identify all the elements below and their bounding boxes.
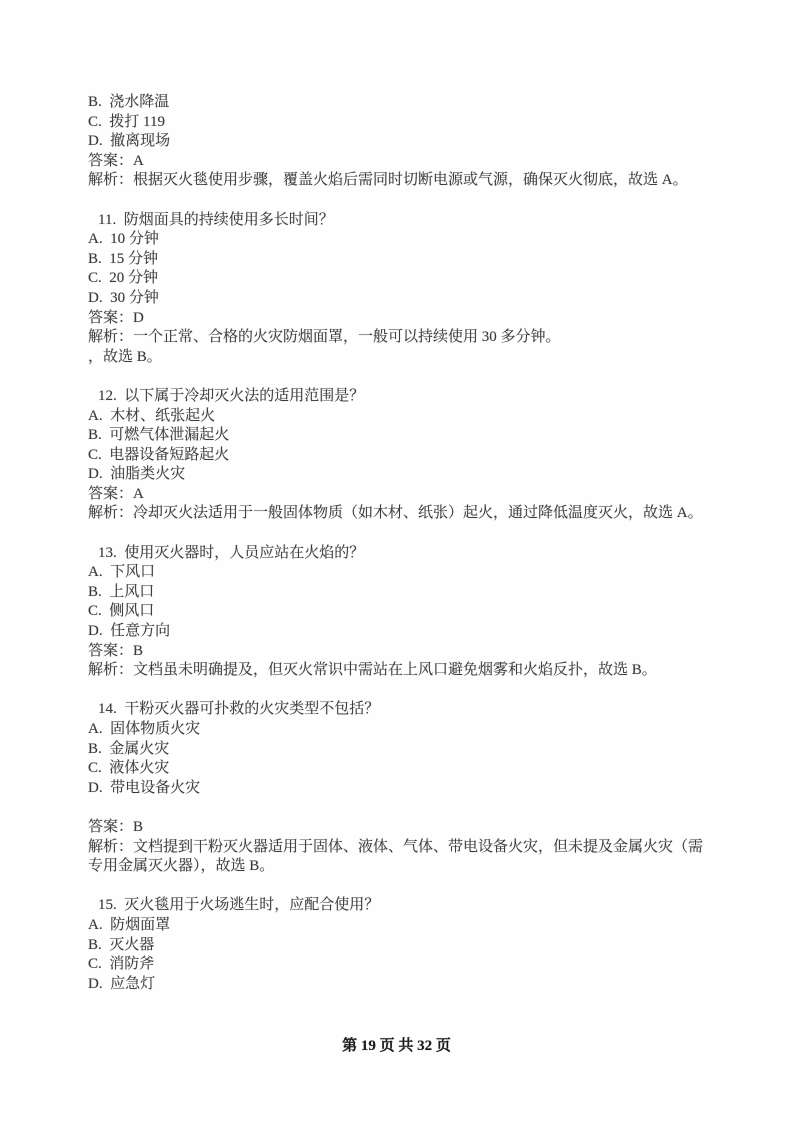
answer-line: 答案：A <box>88 485 710 505</box>
option-line: C. 拨打 119 <box>88 113 710 133</box>
option-line: B. 15 分钟 <box>88 250 710 270</box>
analysis-line: 解析：一个正常、合格的火灾防烟面罩，一般可以持续使用 30 多分钟。 <box>88 328 710 348</box>
option-line: C. 20 分钟 <box>88 269 710 289</box>
option-line: D. 应急灯 <box>88 975 710 995</box>
answer-line: 答案：B <box>88 818 710 838</box>
option-line: D. 30 分钟 <box>88 289 710 309</box>
option-line: D. 任意方向 <box>88 622 710 642</box>
option-line: C. 消防斧 <box>88 955 710 975</box>
option-line: C. 侧风口 <box>88 602 710 622</box>
option-line: D. 撤离现场 <box>88 132 710 152</box>
question-block-15: 15. 灭火毯用于火场逃生时，应配合使用？ A. 防烟面罩 B. 灭火器 C. … <box>88 896 710 994</box>
analysis-line: 解析：冷却灭火法适用于一般固体物质（如木材、纸张）起火，通过降低温度灭火，故选 … <box>88 504 710 524</box>
question-block-14: 14. 干粉灭火器可扑救的火灾类型不包括？ A. 固体物质火灾 B. 金属火灾 … <box>88 700 710 876</box>
analysis-line: ，故选 B。 <box>88 348 710 368</box>
question-line: 15. 灭火毯用于火场逃生时，应配合使用？ <box>88 896 710 916</box>
option-line: A. 10 分钟 <box>88 230 710 250</box>
question-block-11: 11. 防烟面具的持续使用多长时间？ A. 10 分钟 B. 15 分钟 C. … <box>88 211 710 368</box>
question-block-12: 12. 以下属于冷却灭火法的适用范围是？ A. 木材、纸张起火 B. 可燃气体泄… <box>88 387 710 524</box>
option-line: A. 固体物质火灾 <box>88 720 710 740</box>
questions-area: B. 浇水降温 C. 拨打 119 D. 撤离现场 答案：A 解析：根据灭火毯使… <box>88 93 710 1014</box>
answer-line: 答案：A <box>88 152 710 172</box>
option-line: B. 上风口 <box>88 583 710 603</box>
option-line: B. 可燃气体泄漏起火 <box>88 426 710 446</box>
analysis-line: 解析：文档提到干粉灭火器适用于固体、液体、气体、带电设备火灾，但未提及金属火灾（… <box>88 838 710 858</box>
analysis-line: 解析：文档虽未明确提及，但灭火常识中需站在上风口避免烟雾和火焰反扑，故选 B。 <box>88 661 710 681</box>
option-line: B. 金属火灾 <box>88 740 710 760</box>
option-line: A. 下风口 <box>88 563 710 583</box>
blank-line <box>88 798 710 818</box>
option-line: B. 浇水降温 <box>88 93 710 113</box>
analysis-line: 专用金属灭火器），故选 B。 <box>88 857 710 877</box>
answer-line: 答案：B <box>88 642 710 662</box>
page-footer: 第 19 页 共 32 页 <box>0 1037 793 1057</box>
question-line: 13. 使用灭火器时，人员应站在火焰的？ <box>88 544 710 564</box>
document-page: B. 浇水降温 C. 拨打 119 D. 撤离现场 答案：A 解析：根据灭火毯使… <box>0 0 793 1122</box>
option-line: D. 带电设备火灾 <box>88 779 710 799</box>
option-line: C. 液体火灾 <box>88 759 710 779</box>
option-line: D. 油脂类火灾 <box>88 465 710 485</box>
question-block-10-continued: B. 浇水降温 C. 拨打 119 D. 撤离现场 答案：A 解析：根据灭火毯使… <box>88 93 710 191</box>
option-line: A. 木材、纸张起火 <box>88 407 710 427</box>
option-line: A. 防烟面罩 <box>88 916 710 936</box>
option-line: C. 电器设备短路起火 <box>88 446 710 466</box>
question-line: 11. 防烟面具的持续使用多长时间？ <box>88 211 710 231</box>
option-line: B. 灭火器 <box>88 936 710 956</box>
question-block-13: 13. 使用灭火器时，人员应站在火焰的？ A. 下风口 B. 上风口 C. 侧风… <box>88 544 710 681</box>
question-line: 12. 以下属于冷却灭火法的适用范围是？ <box>88 387 710 407</box>
analysis-line: 解析：根据灭火毯使用步骤，覆盖火焰后需同时切断电源或气源，确保灭火彻底，故选 A… <box>88 171 710 191</box>
answer-line: 答案：D <box>88 309 710 329</box>
question-line: 14. 干粉灭火器可扑救的火灾类型不包括？ <box>88 700 710 720</box>
